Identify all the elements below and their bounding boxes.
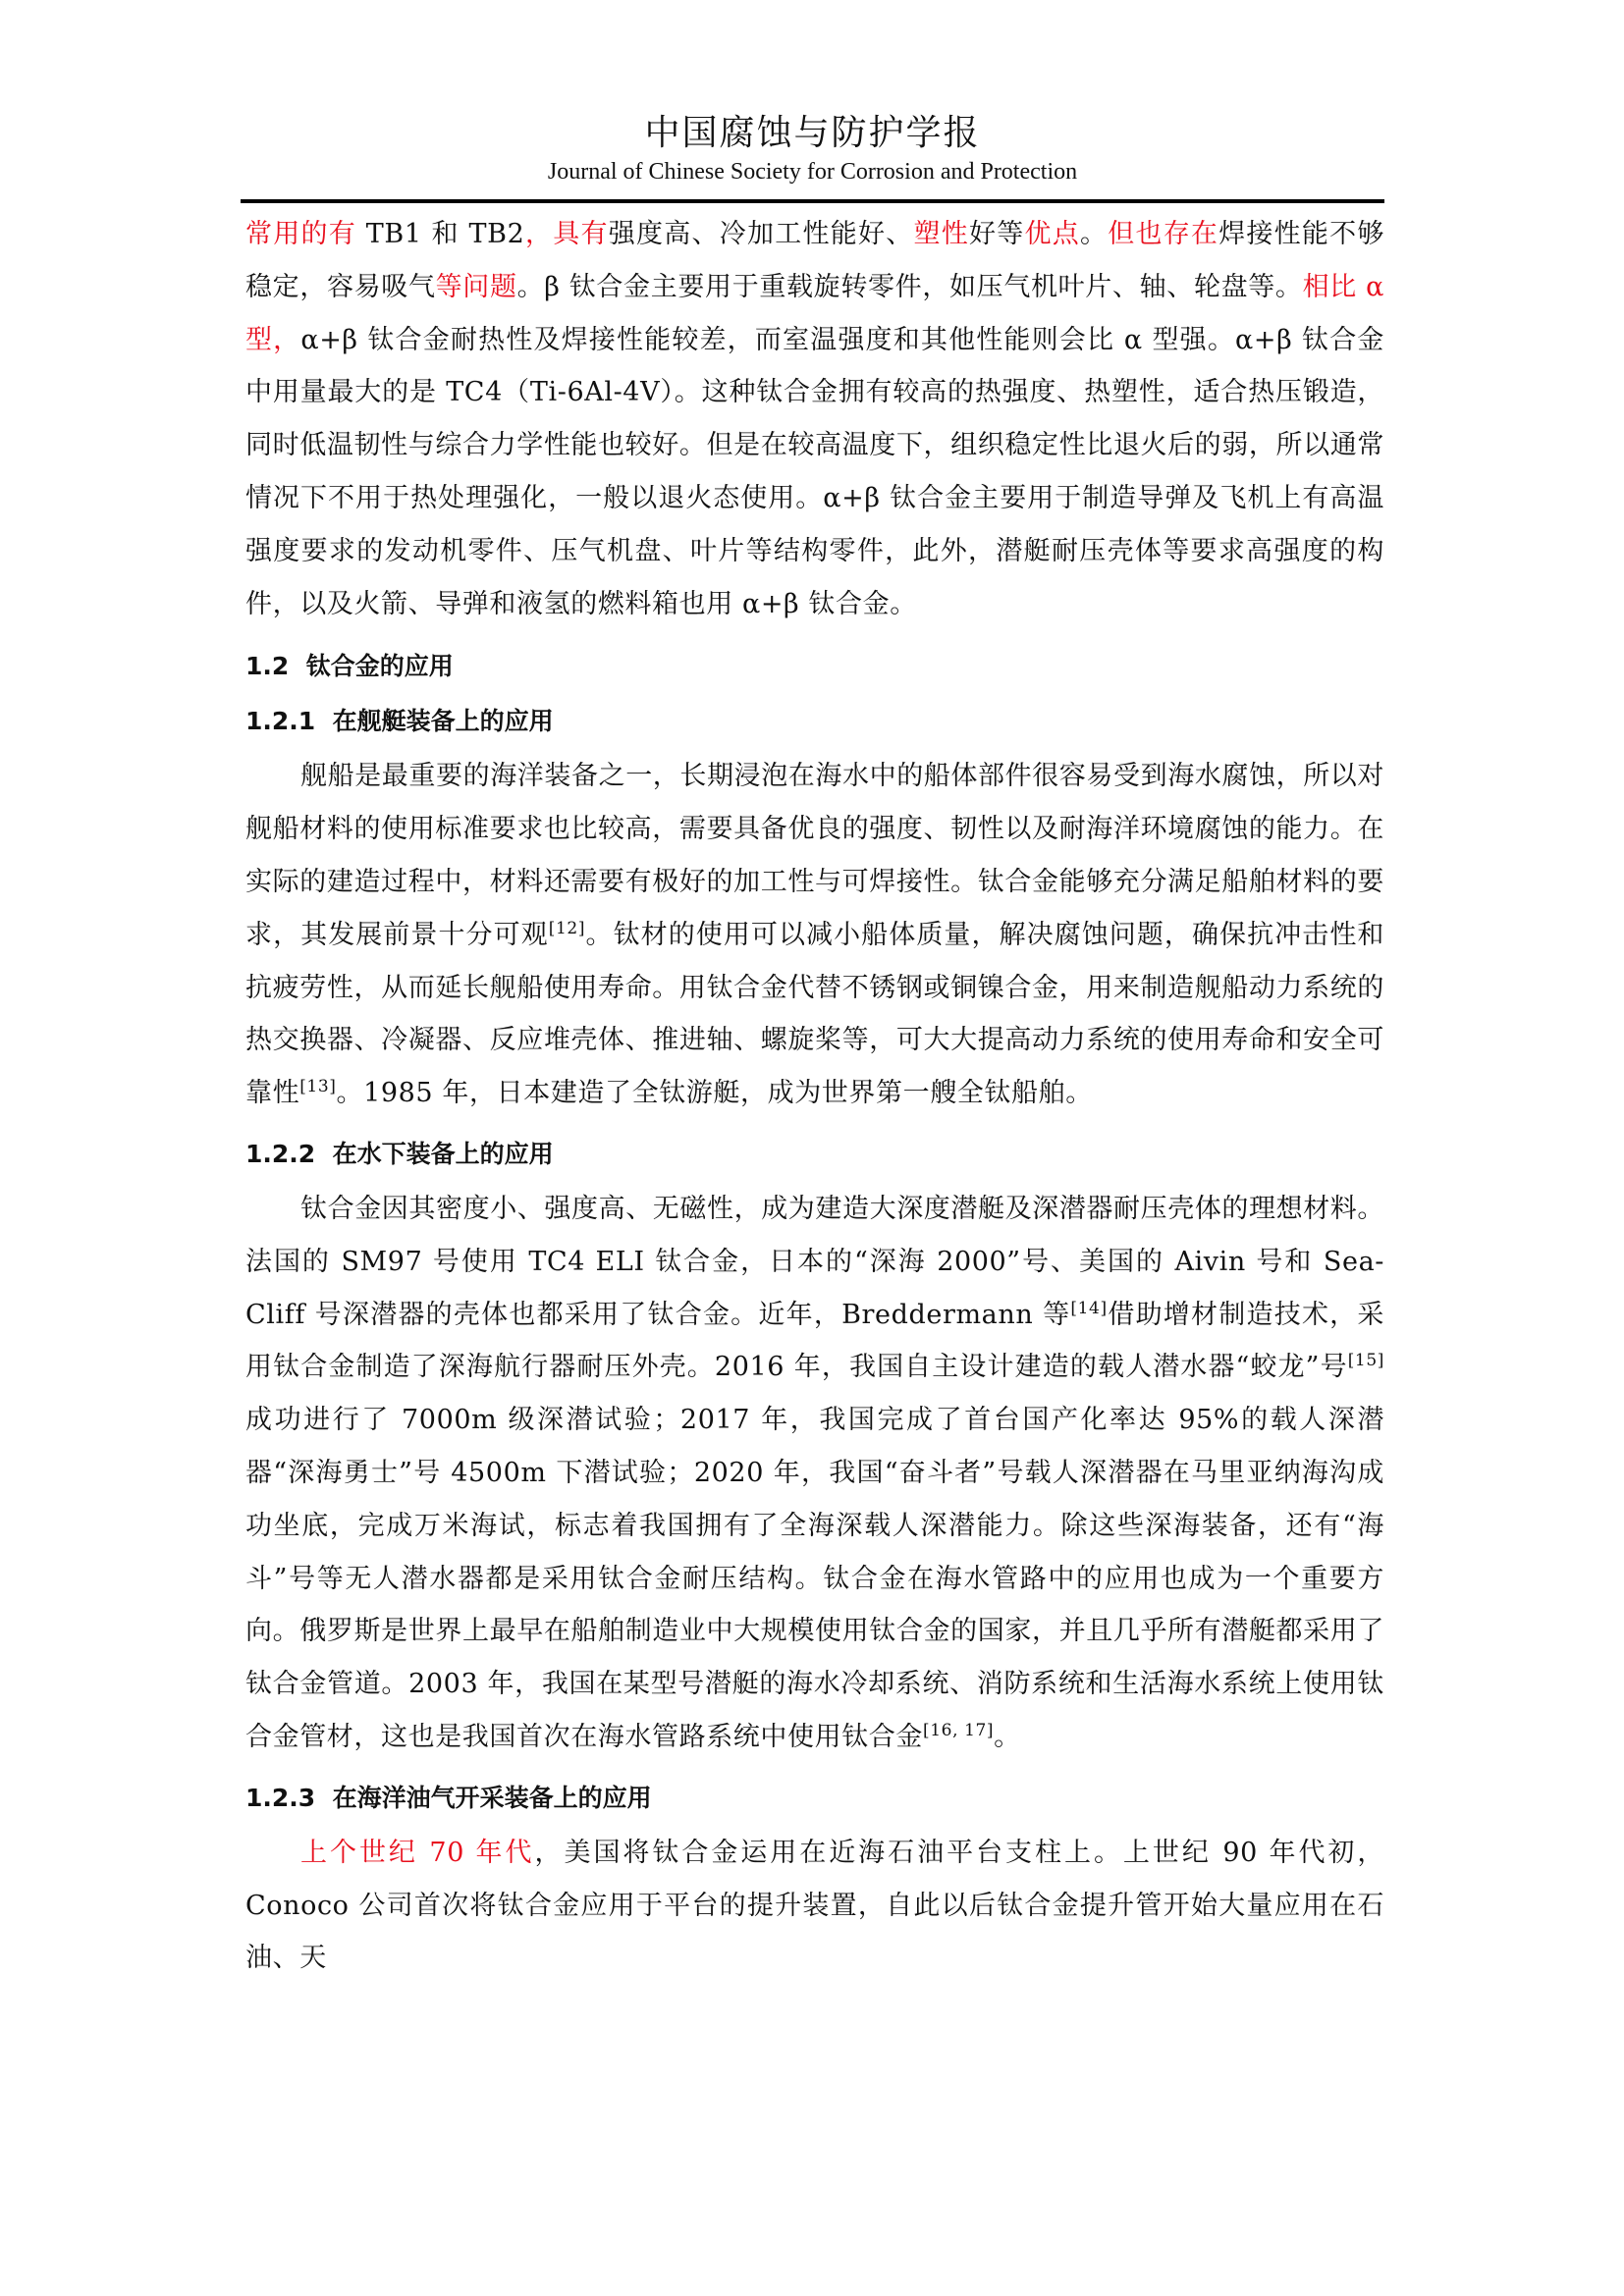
section-title: 在舰艇装备上的应用 xyxy=(333,707,554,735)
text-run: 。 xyxy=(1080,219,1108,249)
section-number: 1.2.1 xyxy=(245,707,315,735)
paragraph-offshore-oil-gas: 上个世纪 70 年代，美国将钛合金运用在近海石油平台支柱上。上世纪 90 年代初… xyxy=(245,1827,1384,1985)
text-run: 。 xyxy=(994,1722,1021,1752)
section-title: 在水下装备上的应用 xyxy=(333,1140,554,1168)
section-heading-1-2-1: 1.2.1 在舰艇装备上的应用 xyxy=(245,707,1384,736)
text-run: 好等 xyxy=(969,219,1025,249)
journal-title-en: Journal of Chinese Society for Corrosion… xyxy=(241,157,1384,187)
section-heading-1-2: 1.2 钛合金的应用 xyxy=(245,652,1384,681)
section-heading-1-2-2: 1.2.2 在水下装备上的应用 xyxy=(245,1140,1384,1169)
paragraph-titanium-types: 常用的有 TB1 和 TB2，具有强度高、冷加工性能好、塑性好等优点。但也存在焊… xyxy=(245,208,1384,630)
section-number: 1.2 xyxy=(245,652,289,680)
text-run: 强度高、冷加工性能好、 xyxy=(609,219,914,249)
citation-ref[interactable]: [16, 17] xyxy=(923,1721,994,1740)
highlighted-text: 但也存在 xyxy=(1108,219,1218,249)
citation-ref[interactable]: [14] xyxy=(1070,1299,1107,1318)
citation-ref[interactable]: [12] xyxy=(549,919,585,938)
paragraph-naval-equipment: 舰船是最重要的海洋装备之一，长期浸泡在海水中的船体部件很容易受到海水腐蚀，所以对… xyxy=(245,750,1384,1120)
highlighted-text: 上个世纪 70 年代 xyxy=(300,1838,535,1868)
section-number: 1.2.2 xyxy=(245,1140,315,1168)
page: 中国腐蚀与防护学报 Journal of Chinese Society for… xyxy=(0,0,1624,2296)
highlighted-text: 塑性 xyxy=(913,219,969,249)
text-run: α+β 钛合金耐热性及焊接性能较差，而室温强度和其他性能则会比 α 型强。α+β… xyxy=(245,325,1384,619)
journal-header: 中国腐蚀与防护学报 Journal of Chinese Society for… xyxy=(241,110,1384,187)
section-title: 钛合金的应用 xyxy=(306,652,454,680)
citation-ref[interactable]: [15] xyxy=(1348,1351,1384,1370)
highlighted-text: 优点 xyxy=(1024,219,1080,249)
section-number: 1.2.3 xyxy=(245,1784,315,1812)
section-title: 在海洋油气开采装备上的应用 xyxy=(333,1784,652,1812)
text-run: 。β 钛合金主要用于重载旋转零件，如压气机叶片、轴、轮盘等。 xyxy=(517,272,1303,302)
text-run: 。1985 年，日本建造了全钛游艇，成为世界第一艘全钛船舶。 xyxy=(337,1078,1093,1108)
journal-title-cn: 中国腐蚀与防护学报 xyxy=(241,110,1384,157)
highlighted-text: 常用的有 xyxy=(245,219,356,249)
highlighted-text: 等问题 xyxy=(436,272,517,302)
citation-ref[interactable]: [13] xyxy=(299,1077,336,1096)
header-rule xyxy=(241,199,1384,203)
section-heading-1-2-3: 1.2.3 在海洋油气开采装备上的应用 xyxy=(245,1784,1384,1813)
text-run: 成功进行了 7000m 级深潜试验；2017 年，我国完成了首台国产化率达 95… xyxy=(245,1405,1384,1752)
article-body: 常用的有 TB1 和 TB2，具有强度高、冷加工性能好、塑性好等优点。但也存在焊… xyxy=(245,208,1384,1985)
paragraph-underwater-equipment: 钛合金因其密度小、强度高、无磁性，成为建造大深度潜艇及深潜器耐压壳体的理想材料。… xyxy=(245,1183,1384,1764)
text-run: TB1 和 TB2 xyxy=(356,219,524,249)
highlighted-text: ，具有 xyxy=(524,219,608,249)
